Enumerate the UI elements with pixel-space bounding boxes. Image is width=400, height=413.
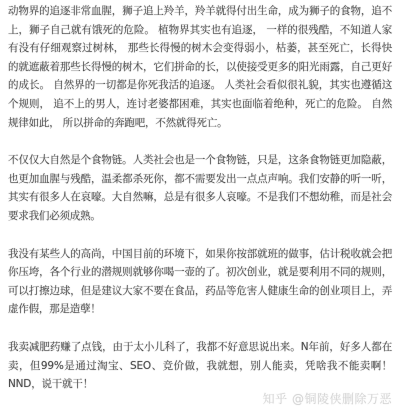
article-page: 动物界的追逐非常血腥，狮子追上羚羊，羚羊就得付出生命，成为狮子的食物，追不上，狮… [0,0,400,413]
paragraph-startup-rules: 我没有某些人的高尚，中国目前的环境下，如果你按部就班的做事，估计税收就会把你压垮… [8,245,392,319]
paragraph-food-chain-society: 不仅仅大自然是个食物链。人类社会也是一个食物链，只是，这条食物链更加隐蔽，也更加… [8,151,392,225]
paragraph-diet-pills-story: 我卖减肥药赚了点钱，由于太小儿科了，我都不好意思说出来。N年前，好多人都在卖，但… [8,338,392,394]
paragraph-food-chain-nature: 动物界的追逐非常血腥，狮子追上羚羊，羚羊就得付出生命，成为狮子的食物，追不上，狮… [8,2,392,132]
zhihu-watermark: 知乎 @铜陵侠删除万恶 [263,390,392,407]
article-body: 动物界的追逐非常血腥，狮子追上羚羊，羚羊就得付出生命，成为狮子的食物，追不上，狮… [0,0,400,394]
